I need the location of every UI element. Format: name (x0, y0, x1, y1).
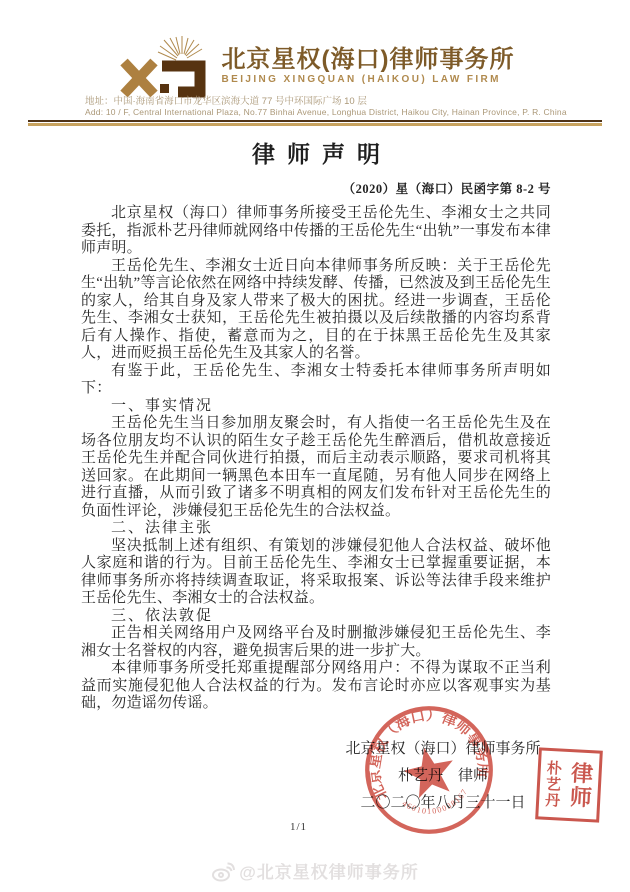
signature-block: 北京星权（海口）律师事务所 朴艺丹 律师 二〇二〇年八月三十一日 (338, 736, 548, 817)
statement-paragraph: 王岳伦先生当日参加朋友聚会时，有人指使一名王岳伦先生及在场各位朋友均不认识的陌生… (81, 415, 551, 520)
logo-letter-x (124, 62, 154, 94)
address-chinese: 地址：中国·海南省海口市龙华区滨海大道 77 号中环国际广场 10 层 (85, 96, 567, 107)
statement-paragraph: 坚决抵制上述有组织、有策划的涉嫌侵犯他人合法权益、破坏他人家庭和谐的行为。目前王… (81, 538, 551, 608)
square-lawyer-seal: 朴艺丹 律师 (535, 747, 603, 822)
firm-address: 地址：中国·海南省海口市龙华区滨海大道 77 号中环国际广场 10 层 Add:… (85, 96, 567, 118)
document-title: 律师声明 (81, 140, 551, 170)
paragraph-list: 北京星权（海口）律师事务所接受王岳伦先生、李湘女士之共同委托，指派朴艺丹律师就网… (81, 205, 551, 713)
watermark-text: @北京星权律师事务所 (239, 863, 419, 882)
letterhead: 北京星权(海口)律师事务所 BEIJING XINGQUAN (HAIKOU) … (0, 36, 630, 98)
statement-paragraph: 王岳伦先生、李湘女士近日向本律师事务所反映：关于王岳伦先生“出轨”等言论依然在网… (81, 258, 551, 363)
statement-paragraph: 北京星权（海口）律师事务所接受王岳伦先生、李湘女士之共同委托，指派朴艺丹律师就网… (81, 205, 551, 258)
separator-line-dark (28, 120, 602, 122)
statement-paragraph: 有鉴于此，王岳伦先生、李湘女士特委托本律师事务所声明如下： (81, 363, 551, 398)
signature-lawyer: 朴艺丹 律师 (338, 763, 548, 790)
statement-body: 律师声明 （2020）星（海口）民函字第 8-2 号 北京星权（海口）律师事务所… (81, 140, 551, 713)
weibo-watermark: @北京星权律师事务所 (0, 858, 630, 883)
firm-name-english: BEIJING XINGQUAN (HAIKOU) LAW FIRM (222, 73, 515, 87)
seal-lawyer-title: 律师 (564, 761, 597, 811)
statement-paragraph: 正告相关网络用户及网络平台及时删撤涉嫌侵犯王岳伦先生、李湘女士名誉权的内容，避免… (81, 625, 551, 660)
section-heading: 二、法律主张 (81, 520, 551, 538)
statement-paragraph: 本律师事务所受托郑重提醒部分网络用户：不得为谋取不正当利益而实施侵犯他人合法权益… (81, 660, 551, 713)
lawyer-statement-document: 北京星权(海口)律师事务所 BEIJING XINGQUAN (HAIKOU) … (0, 0, 630, 892)
section-heading: 三、依法敦促 (81, 608, 551, 626)
page-number: 1/1 (290, 821, 307, 833)
starburst-rays (158, 36, 202, 60)
xq-law-firm-logo-icon (116, 36, 212, 98)
firm-name-chinese: 北京星权(海口)律师事务所 (222, 47, 515, 73)
address-english: Add: 10 / F, Central International Plaza… (85, 107, 567, 118)
section-heading: 一、事实情况 (81, 398, 551, 416)
signature-firm: 北京星权（海口）律师事务所 (338, 736, 548, 763)
separator-line-gold (28, 123, 602, 126)
seal-lawyer-name: 朴艺丹 (541, 760, 564, 809)
weibo-icon (211, 861, 235, 882)
logo-letter-q (160, 66, 200, 93)
document-number: （2020）星（海口）民函字第 8-2 号 (81, 179, 551, 197)
signature-date: 二〇二〇年八月三十一日 (338, 790, 548, 817)
